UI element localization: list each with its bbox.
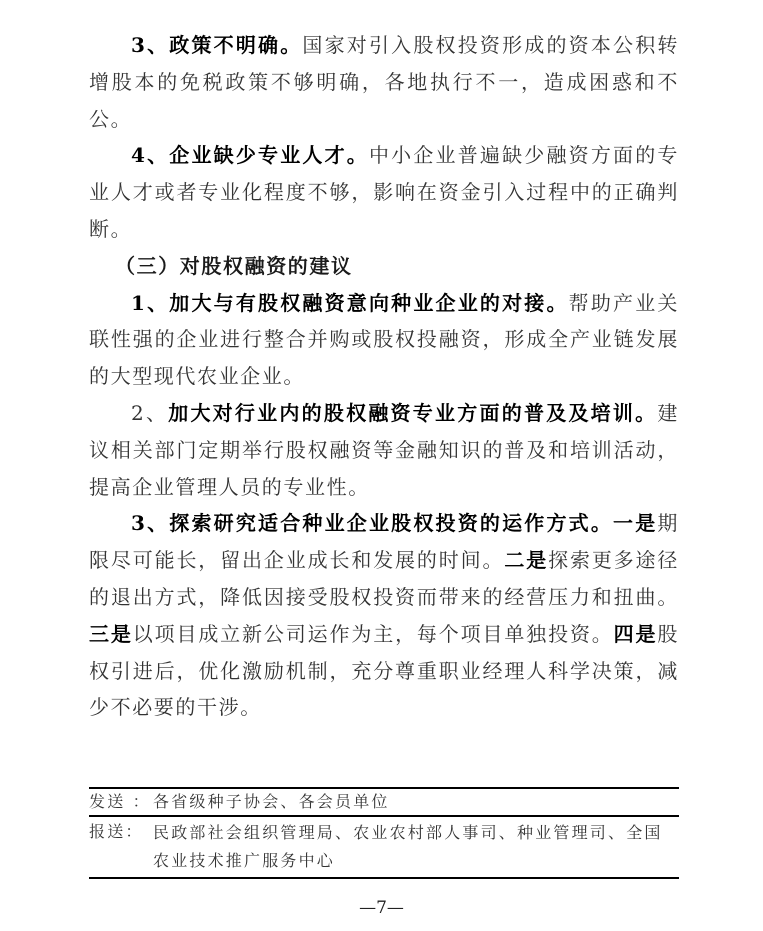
- paragraph-lead: 4、企业缺少专业人才。: [131, 143, 369, 167]
- report-to-value: 民政部社会组织管理局、农业农村部人事司、种业管理司、全国农业技术推广服务中心: [153, 819, 679, 875]
- point-label: 三是: [89, 622, 133, 646]
- send-to-value: 各省级种子协会、各会员单位: [153, 789, 679, 815]
- paragraph-policy-unclear: 3、政策不明确。国家对引入股权投资形成的资本公积转增股本的免税政策不够明确，各地…: [89, 27, 679, 137]
- paragraph-number: 2、: [131, 401, 168, 425]
- paragraph-lead: 3、政策不明确。: [131, 33, 302, 57]
- distribution-block: 发送 ： 各省级种子协会、各会员单位 报送： 民政部社会组织管理局、农业农村部人…: [89, 787, 679, 879]
- paragraph-lead: 加大对行业内的股权融资专业方面的普及及培训。: [168, 401, 657, 425]
- divider-bottom: [89, 877, 679, 879]
- point-label: 二是: [504, 548, 548, 572]
- document-body: 3、政策不明确。国家对引入股权投资形成的资本公积转增股本的免税政策不够明确，各地…: [89, 27, 679, 726]
- paragraph-lead: 1、加大与有股权融资意向种业企业的对接。: [131, 291, 569, 315]
- paragraph-lead: 3、探索研究适合种业企业股权投资的运作方式。: [131, 511, 613, 535]
- paragraph-suggestion-3: 3、探索研究适合种业企业股权投资的运作方式。一是期限尽可能长，留出企业成长和发展…: [89, 505, 679, 726]
- section-heading: （三）对股权融资的建议: [89, 248, 679, 285]
- report-to-label: 报送：: [89, 819, 153, 875]
- document-page: 3、政策不明确。国家对引入股权投资形成的资本公积转增股本的免税政策不够明确，各地…: [0, 0, 763, 931]
- send-to-row: 发送 ： 各省级种子协会、各会员单位: [89, 789, 679, 815]
- paragraph-suggestion-1: 1、加大与有股权融资意向种业企业的对接。帮助产业关联性强的企业进行整合并购或股权…: [89, 285, 679, 395]
- send-to-label: 发送 ：: [89, 789, 153, 815]
- paragraph-suggestion-2: 2、加大对行业内的股权融资专业方面的普及及培训。建议相关部门定期举行股权融资等金…: [89, 395, 679, 505]
- point-label: 四是: [614, 622, 658, 646]
- point-text: 以项目成立新公司运作为主，每个项目单独投资。: [133, 622, 614, 646]
- page-number: —7—: [0, 898, 763, 918]
- point-label: 一是: [613, 511, 657, 535]
- report-to-row: 报送： 民政部社会组织管理局、农业农村部人事司、种业管理司、全国农业技术推广服务…: [89, 817, 679, 875]
- paragraph-lack-talent: 4、企业缺少专业人才。中小企业普遍缺少融资方面的专业人才或者专业化程度不够，影响…: [89, 137, 679, 247]
